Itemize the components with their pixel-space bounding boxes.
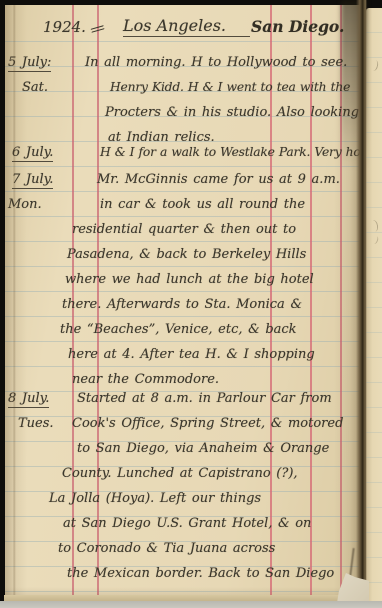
entry-line: where we had lunch at the big hotel <box>45 267 359 292</box>
entry-day: Tues. <box>8 411 64 436</box>
date-column: 8 July. Tues. <box>8 386 64 436</box>
entry-line: Henry Kidd. H & I went to tea with the <box>45 75 359 100</box>
date-column: 6 July. <box>8 140 64 165</box>
diary-entry-8-july: 8 July. Tues. Started at 8 a.m. in Parlo… <box>8 386 359 586</box>
show-through-mark <box>369 219 379 232</box>
entry-line: the Mexican border. Back to San Diego <box>45 561 359 586</box>
diary-entry-6-july: 6 July. H & I for a walk to Westlake Par… <box>8 140 359 165</box>
entry-line: La Jolla (Hoya). Left our things <box>45 486 359 511</box>
entry-line: Pasadena, & back to Berkeley Hills <box>45 242 359 267</box>
entry-line: at San Diego U.S. Grant Hotel, & on <box>45 511 359 536</box>
entry-line: Procters & in his studio. Also looking <box>45 100 359 125</box>
next-page-edge <box>366 8 382 602</box>
scan-bottom-edge <box>0 601 382 608</box>
entry-date: 5 July: <box>8 50 64 75</box>
diary-entry-7-july: 7 July. Mon. Mr. McGinnis came for us at… <box>8 167 359 392</box>
entry-body: H & I for a walk to Westlake Park. Very … <box>45 140 359 165</box>
show-through-mark <box>370 59 379 71</box>
entry-date: 6 July. <box>8 140 64 165</box>
entry-day: Mon. <box>8 192 64 217</box>
entry-line: in car & took us all round the <box>45 192 359 217</box>
page-title-san-diego: San Diego. <box>251 17 344 36</box>
entry-day: Sat. <box>8 75 64 100</box>
page-header: 1924. Los Angeles. San Diego. <box>5 12 360 42</box>
entry-line: In all morning. H to Hollywood to see. <box>45 50 359 75</box>
entry-line: H & I for a walk to Westlake Park. Very … <box>45 140 359 165</box>
year-label: 1924. <box>43 18 86 36</box>
entry-date: 8 July. <box>8 386 64 411</box>
entry-line: to Coronado & Tia Juana across <box>45 536 359 561</box>
entry-line: the “Beaches”, Venice, etc, & back <box>45 317 359 342</box>
notebook-scan: 1924. Los Angeles. San Diego. 5 July: Sa… <box>0 0 382 608</box>
show-through-mark <box>372 235 379 244</box>
entry-line: Started at 8 a.m. in Parlour Car from <box>45 386 359 411</box>
entry-body: Started at 8 a.m. in Parlour Car from Co… <box>45 386 359 586</box>
entry-line: Cook's Office, Spring Street, & motored <box>45 411 359 436</box>
entry-body: In all morning. H to Hollywood to see. H… <box>45 50 359 150</box>
diary-entry-5-july: 5 July: Sat. In all morning. H to Hollyw… <box>8 50 359 150</box>
diary-page: 1924. Los Angeles. San Diego. 5 July: Sa… <box>5 5 360 601</box>
entry-line: to San Diego, via Anaheim & Orange <box>45 436 359 461</box>
entry-line: County. Lunched at Capistrano (?), <box>45 461 359 486</box>
page-title-los-angeles: Los Angeles. <box>123 16 250 35</box>
date-column: 7 July. Mon. <box>8 167 64 217</box>
date-column: 5 July: Sat. <box>8 50 64 100</box>
entry-body: Mr. McGinnis came for us at 9 a.m. in ca… <box>45 167 359 392</box>
year-flourish <box>90 22 105 35</box>
book-gutter-crease <box>356 0 367 602</box>
entry-line: Mr. McGinnis came for us at 9 a.m. <box>45 167 359 192</box>
entry-line: there. Afterwards to Sta. Monica & <box>45 292 359 317</box>
entry-line: residential quarter & then out to <box>45 217 359 242</box>
entry-line: here at 4. After tea H. & I shopping <box>45 342 359 367</box>
entry-date: 7 July. <box>8 167 64 192</box>
